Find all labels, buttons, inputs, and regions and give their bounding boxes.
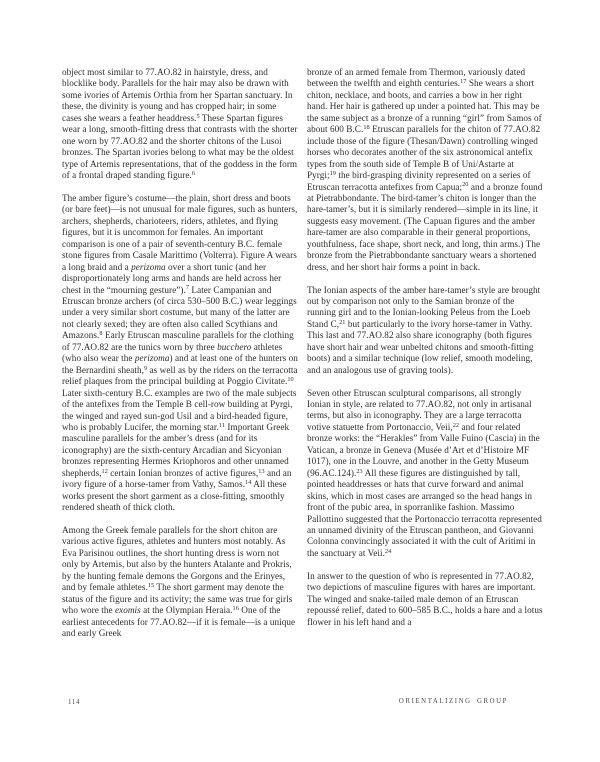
note-reference: 9 (144, 365, 147, 372)
note-reference: 10 (287, 376, 293, 383)
note-reference: 13 (258, 468, 264, 475)
page-number: 114 (68, 698, 80, 706)
note-reference: 16 (233, 605, 239, 612)
note-reference: 8 (99, 330, 102, 337)
note-reference: 22 (453, 422, 459, 429)
note-reference: 21 (339, 319, 345, 326)
article-body: object most similar to 77.AO.82 in hairs… (62, 67, 544, 640)
note-reference: 11 (219, 422, 225, 429)
paragraph: In answer to the question of who is repr… (307, 571, 543, 628)
paragraph: bronze of an armed female from Thermon, … (307, 67, 543, 273)
paragraph: The Ionian aspects of the amber hare-tam… (307, 285, 543, 377)
note-reference: 20 (462, 181, 468, 188)
note-reference: 7 (186, 284, 189, 291)
note-reference: 6 (192, 170, 195, 177)
note-reference: 5 (196, 113, 199, 120)
note-reference: 23 (356, 468, 362, 475)
paragraph: Among the Greek female parallels for the… (62, 525, 298, 640)
note-reference: 17 (460, 78, 466, 85)
note-reference: 15 (148, 582, 154, 589)
note-reference: 19 (330, 170, 336, 177)
note-reference: 12 (102, 468, 108, 475)
running-head: ORIENTALIZING GROUP (399, 698, 508, 705)
page-sheet: object most similar to 77.AO.82 in hairs… (0, 0, 600, 762)
page: { "page": { "background_color": "#ffffff… (0, 0, 600, 762)
note-reference: 18 (363, 124, 369, 131)
note-reference: 24 (385, 548, 391, 555)
paragraph: The amber figure’s costume—the plain, sh… (62, 193, 298, 514)
paragraph: Seven other Etruscan sculptural comparis… (307, 388, 543, 560)
text-column-right: bronze of an armed female from Thermon, … (307, 67, 543, 640)
note-reference: 14 (245, 479, 251, 486)
text-column-left: object most similar to 77.AO.82 in hairs… (62, 67, 298, 640)
paragraph: object most similar to 77.AO.82 in hairs… (62, 67, 298, 182)
